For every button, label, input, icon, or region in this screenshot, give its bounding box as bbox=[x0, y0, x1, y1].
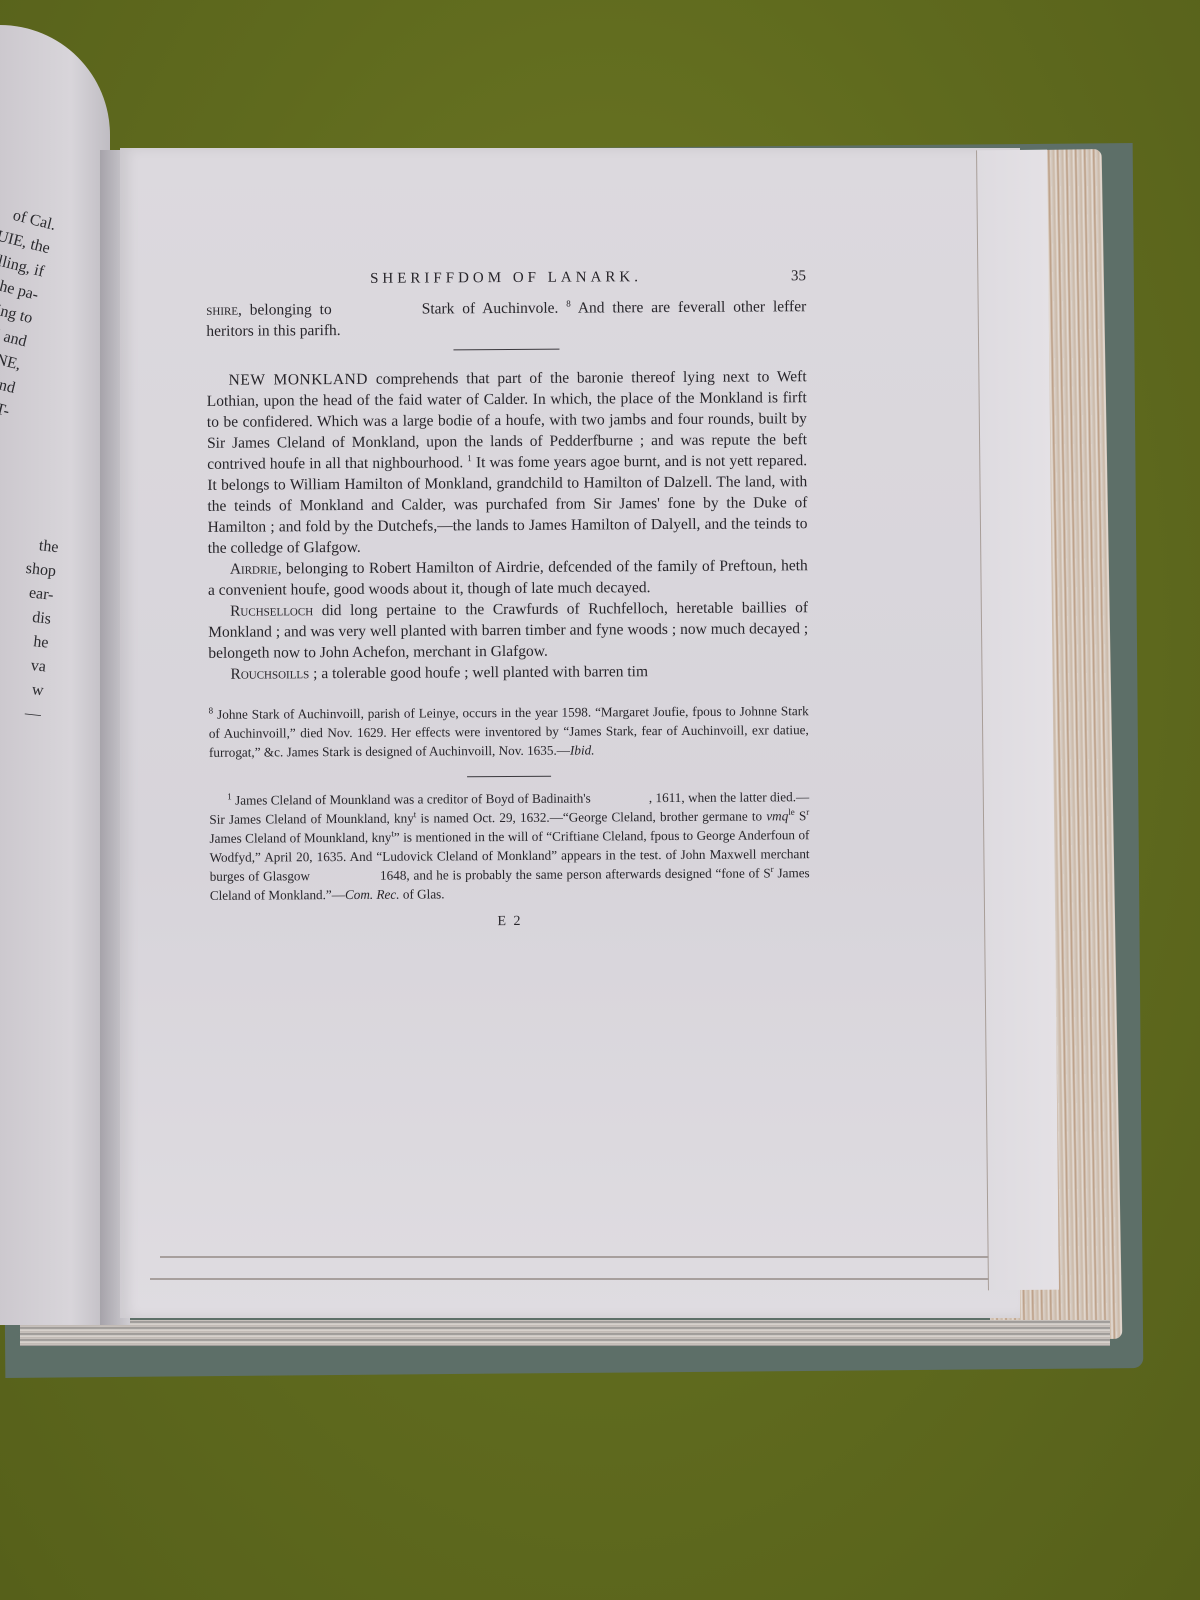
running-head: SHERIFFDOM OF LANARK. 35 bbox=[206, 266, 806, 296]
text: S bbox=[795, 808, 807, 823]
footnote-8: 8 Johne Stark of Auchinvoill, parish of … bbox=[209, 701, 809, 762]
text: Johne Stark of Auchinvoill, parish of Le… bbox=[209, 703, 809, 760]
running-head-title: SHERIFFDOM OF LANARK. bbox=[370, 269, 642, 287]
text: , belonging to bbox=[238, 301, 332, 319]
paragraph-ruchselloch: Ruchselloch did long pertaine to the Cra… bbox=[208, 597, 808, 664]
signature-mark: E 2 bbox=[210, 909, 810, 934]
deckle-edge bbox=[160, 1256, 1020, 1258]
page-text: SHERIFFDOM OF LANARK. 35 shire, belongin… bbox=[206, 266, 810, 934]
text: , belonging to Robert Hamilton of Airdri… bbox=[208, 557, 808, 599]
citation: Com. Rec. bbox=[345, 887, 400, 902]
footnotes: 8 Johne Stark of Auchinvoill, parish of … bbox=[209, 701, 810, 905]
paragraph-airdrie: Airdrie, belonging to Robert Hamilton of… bbox=[208, 555, 808, 601]
text: James Cleland of Mounkland was a credito… bbox=[232, 790, 591, 807]
section-divider bbox=[453, 349, 559, 351]
paragraph-new-monkland: NEW MONKLAND comprehends that part of th… bbox=[207, 366, 808, 559]
superscript: r bbox=[806, 807, 809, 817]
text: Stark of Auchinvole. bbox=[422, 300, 559, 318]
section-heading: NEW MONKLAND bbox=[229, 371, 368, 389]
footnote-1: 1 James Cleland of Mounkland was a credi… bbox=[209, 787, 810, 905]
paragraph-continuation: shire, belonging toStark of Auchinvole. … bbox=[206, 296, 806, 342]
page-inner-edge bbox=[976, 150, 1059, 1291]
place-name: shire bbox=[206, 302, 238, 319]
abbrev: vmq bbox=[766, 808, 788, 823]
text: of Glas. bbox=[399, 886, 444, 901]
text: James Cleland of Mounkland, kny bbox=[209, 830, 391, 846]
page-number: 35 bbox=[791, 266, 806, 287]
paragraph-rouchsoills: Rouchsoills ; a tolerable good houfe ; w… bbox=[208, 660, 808, 685]
text: is named Oct. 29, 1632.—“George Cleland,… bbox=[416, 808, 766, 825]
place-name: Rouchsoills bbox=[230, 665, 309, 682]
place-name: Ruchselloch bbox=[230, 602, 313, 620]
deckle-edge bbox=[150, 1278, 990, 1280]
page-bottom-edge bbox=[20, 1320, 1110, 1346]
footnote-divider bbox=[467, 776, 551, 778]
citation: Ibid. bbox=[570, 742, 595, 757]
text: ; a tolerable good houfe ; well planted … bbox=[309, 663, 648, 682]
place-name: Airdrie bbox=[230, 560, 278, 577]
text: 1648, and he is probably the same person… bbox=[380, 865, 771, 882]
